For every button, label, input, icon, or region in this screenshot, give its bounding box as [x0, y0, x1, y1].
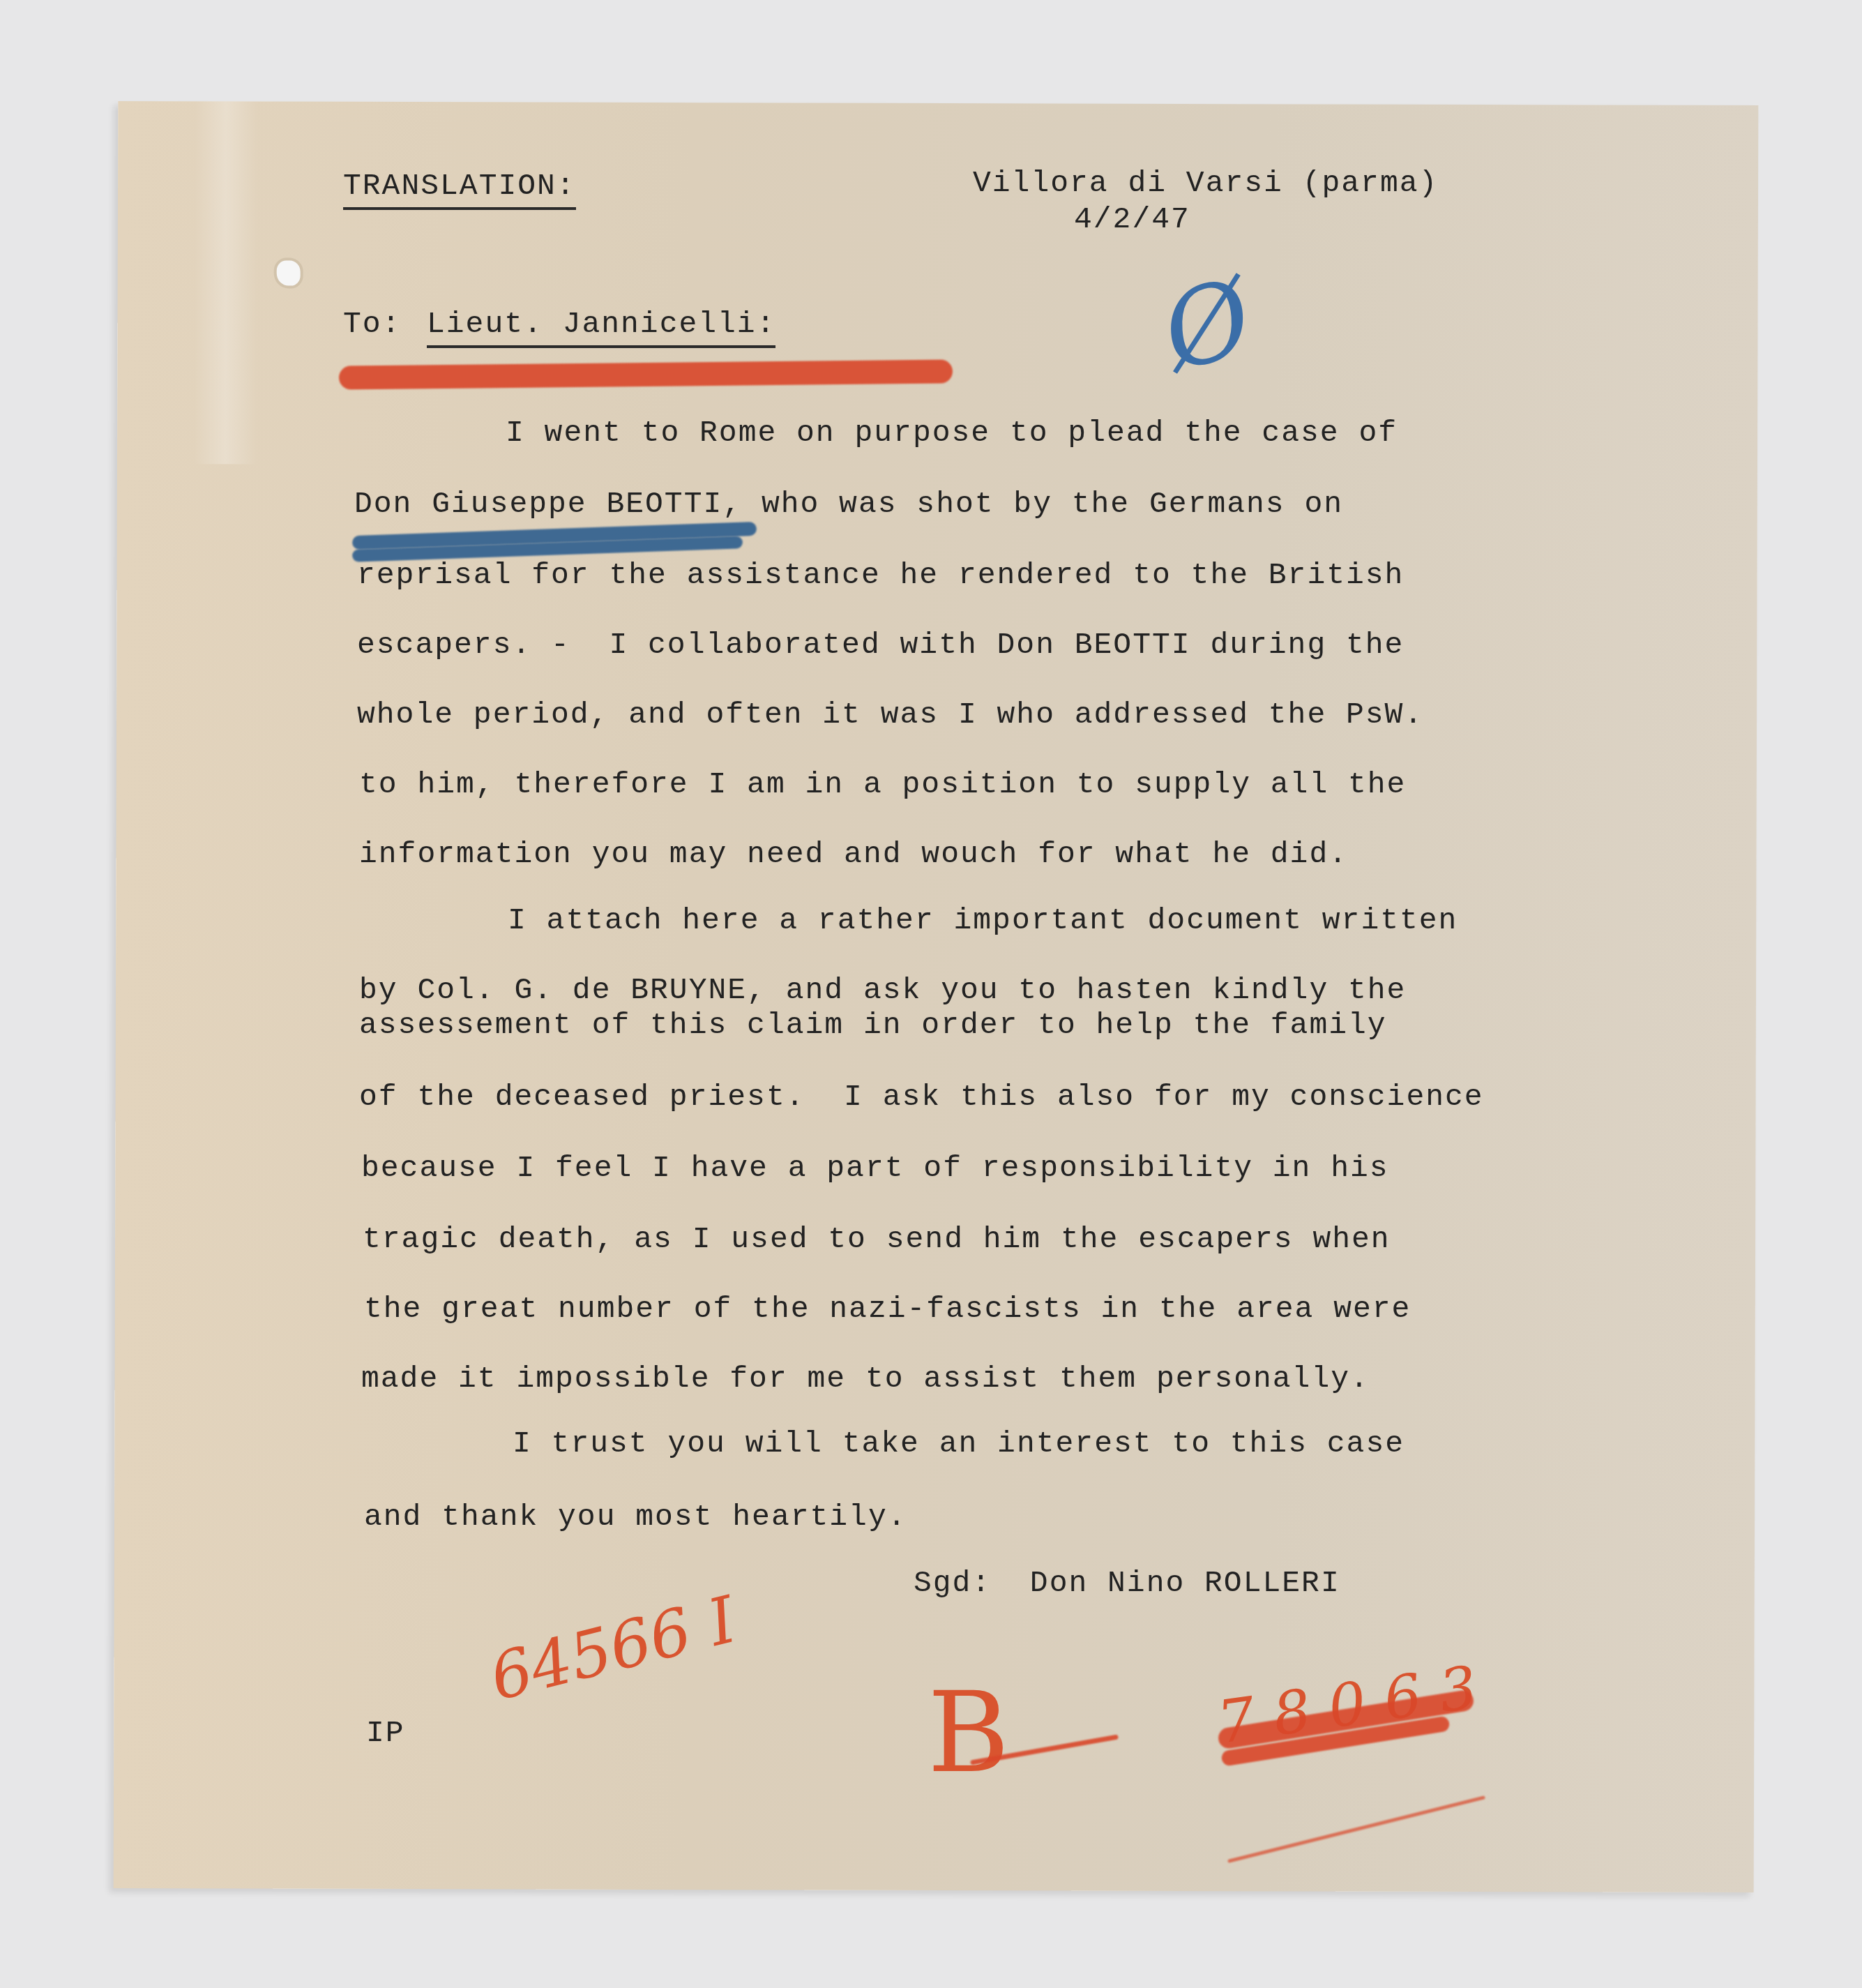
body-line: whole period, and often it was I who add… [357, 698, 1423, 732]
body-line: made it impossible for me to assist them… [361, 1362, 1370, 1396]
place-line: Villora di Varsi (parma) [973, 166, 1438, 200]
body-line: I went to Rome on purpose to plead the c… [506, 416, 1398, 450]
body-line: tragic death, as I used to send him the … [363, 1222, 1391, 1256]
body-line: of the deceased priest. I ask this also … [359, 1080, 1484, 1114]
body-line: information you may need and wouch for w… [359, 837, 1348, 871]
body-line: and thank you most heartily. [364, 1500, 907, 1534]
body-line: to him, therefore I am in a position to … [359, 767, 1406, 801]
typist-initials: IP [366, 1716, 405, 1750]
body-line: reprisal for the assistance he rendered … [357, 558, 1404, 592]
body-line: I attach here a rather important documen… [508, 903, 1458, 937]
date-line: 4/2/47 [1074, 202, 1190, 236]
body-line: because I feel I have a part of responsi… [361, 1151, 1389, 1185]
body-line: escapers. - I collaborated with Don BEOT… [357, 628, 1404, 662]
paper-fold-crease [194, 101, 257, 464]
body-line: the great number of the nazi-fascists in… [364, 1292, 1411, 1326]
body-line: Don Giuseppe BEOTTI, who was shot by the… [354, 487, 1343, 521]
recipient-name: Lieut. Jannicelli: [427, 307, 775, 348]
red-initial-b: B [928, 1667, 1010, 1798]
body-line: I trust you will take an interest to thi… [513, 1426, 1405, 1461]
signature-line: Sgd: Don Nino ROLLERI [914, 1566, 1340, 1600]
body-line: assessement of this claim in order to he… [359, 1008, 1387, 1042]
punch-hole [277, 261, 301, 286]
recipient-prefix: To: [343, 307, 401, 341]
body-line: by Col. G. de BRUYNE, and ask you to has… [359, 973, 1406, 1007]
document-heading: TRANSLATION: [343, 169, 576, 210]
